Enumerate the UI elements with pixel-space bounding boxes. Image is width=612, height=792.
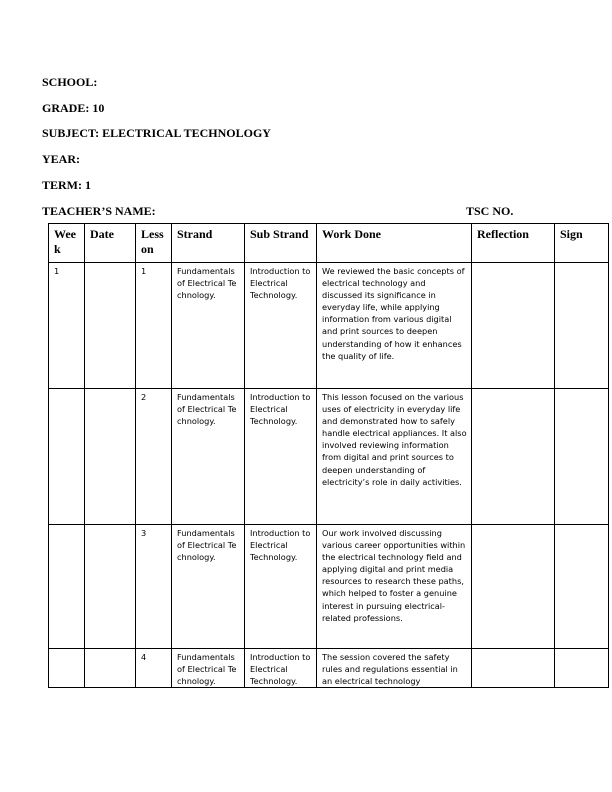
tsc-number-label: TSC NO.: [466, 204, 513, 218]
cell-date: [85, 525, 136, 649]
table-header-row: Week Date Lesson Strand Sub Strand Work …: [49, 224, 609, 263]
term-label: TERM: 1: [42, 178, 91, 192]
cell-sign: [555, 649, 609, 688]
cell-lesson: 1: [136, 263, 172, 389]
table-row: 1 1 Fundamentals of Electrical Technolog…: [49, 263, 609, 389]
cell-reflection: [472, 263, 555, 389]
cell-work-done: We reviewed the basic concepts of electr…: [317, 263, 472, 389]
cell-week: 1: [49, 263, 85, 389]
table-row: 4 Fundamentals of Electrical Technology.…: [49, 649, 609, 688]
table-row: 3 Fundamentals of Electrical Technology.…: [49, 525, 609, 649]
cell-week: [49, 649, 85, 688]
cell-lesson: 4: [136, 649, 172, 688]
cell-date: [85, 389, 136, 525]
cell-sign: [555, 389, 609, 525]
cell-strand: Fundamentals of Electrical Technology.: [172, 525, 245, 649]
cell-date: [85, 649, 136, 688]
cell-sub-strand: Introduction to Electrical Technology.: [245, 263, 317, 389]
cell-sub-strand: Introduction to Electrical Technology.: [245, 525, 317, 649]
cell-strand: Fundamentals of Electrical Technology.: [172, 649, 245, 688]
subject-label: SUBJECT: ELECTRICAL TECHNOLOGY: [42, 126, 271, 140]
cell-work-done: Our work involved discussing various car…: [317, 525, 472, 649]
col-header-sign: Sign: [555, 224, 609, 263]
col-header-reflection: Reflection: [472, 224, 555, 263]
col-header-date: Date: [85, 224, 136, 263]
cell-reflection: [472, 649, 555, 688]
cell-work-done: The session covered the safety rules and…: [317, 649, 472, 688]
cell-sub-strand: Introduction to Electrical Technology.: [245, 389, 317, 525]
year-label: YEAR:: [42, 152, 80, 166]
col-header-week: Week: [49, 224, 85, 263]
school-label: SCHOOL:: [42, 75, 97, 89]
cell-reflection: [472, 389, 555, 525]
cell-strand: Fundamentals of Electrical Technology.: [172, 263, 245, 389]
grade-label: GRADE: 10: [42, 101, 104, 115]
col-header-sub-strand: Sub Strand: [245, 224, 317, 263]
col-header-lesson: Lesson: [136, 224, 172, 263]
record-of-work-table: Week Date Lesson Strand Sub Strand Work …: [48, 223, 609, 688]
cell-lesson: 3: [136, 525, 172, 649]
col-header-work-done: Work Done: [317, 224, 472, 263]
cell-lesson: 2: [136, 389, 172, 525]
cell-work-done: This lesson focused on the various uses …: [317, 389, 472, 525]
cell-sub-strand: Introduction to Electrical Technology.: [245, 649, 317, 688]
teacher-name-label: TEACHER’S NAME:: [42, 204, 156, 218]
cell-reflection: [472, 525, 555, 649]
cell-sign: [555, 525, 609, 649]
cell-week: [49, 389, 85, 525]
cell-date: [85, 263, 136, 389]
cell-strand: Fundamentals of Electrical Technology.: [172, 389, 245, 525]
col-header-strand: Strand: [172, 224, 245, 263]
cell-week: [49, 525, 85, 649]
cell-sign: [555, 263, 609, 389]
table-row: 2 Fundamentals of Electrical Technology.…: [49, 389, 609, 525]
